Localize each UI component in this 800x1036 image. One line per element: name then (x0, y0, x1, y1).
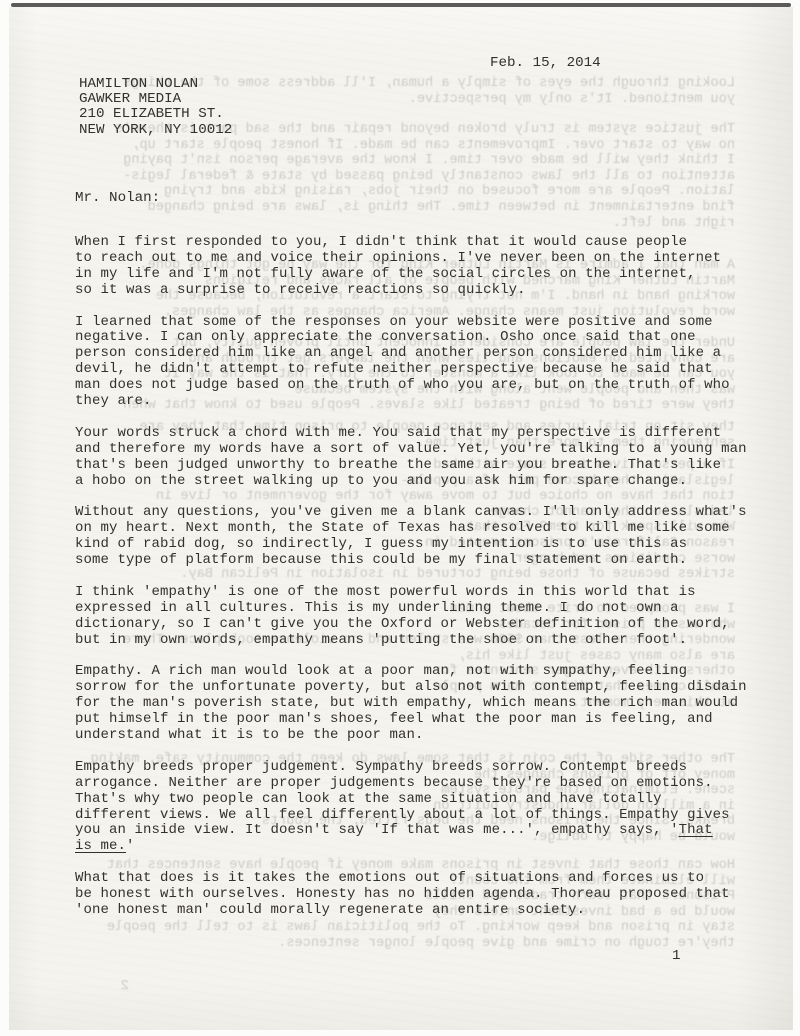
letter-body: When I first responded to you, I didn't … (75, 235, 765, 935)
letter-date: Feb. 15, 2014 (490, 55, 601, 71)
recipient-company: GAWKER MEDIA (79, 92, 232, 107)
recipient-city: NEW YORK, NY 10012 (79, 123, 232, 138)
paragraph-5: I think 'empathy' is one of the most pow… (75, 585, 765, 649)
paragraph-7-text: Empathy breeds proper judgement. Sympath… (75, 759, 730, 839)
paragraph-1: When I first responded to you, I didn't … (75, 235, 765, 299)
paragraph-3: Your words struck a chord with me. You s… (75, 426, 765, 490)
paragraph-7-close-quote: ' (126, 838, 135, 854)
underlined-phrase: That (679, 822, 713, 838)
recipient-address: HAMILTON NOLAN GAWKER MEDIA 210 ELIZABET… (79, 77, 232, 138)
paragraph-6: Empathy. A rich man would look at a poor… (75, 664, 765, 744)
underlined-phrase: is me. (75, 838, 126, 854)
scanned-letter: Looking through the eyes of simply a hum… (0, 0, 800, 1036)
paragraph-8: What that does is it takes the emotions … (75, 871, 765, 919)
paragraph-2: I learned that some of the responses on … (75, 315, 765, 410)
page-number: 1 (672, 948, 681, 964)
recipient-name: HAMILTON NOLAN (79, 77, 232, 92)
paragraph-4: Without any questions, you've given me a… (75, 505, 765, 569)
recipient-street: 210 ELIZABETH ST. (79, 107, 232, 122)
paragraph-7: Empathy breeds proper judgement. Sympath… (75, 760, 765, 855)
bleedthrough-text: The justice system is truly broken beyon… (115, 122, 735, 231)
bleedthrough-page-number: 2 (121, 978, 129, 994)
salutation: Mr. Nolan: (75, 190, 160, 206)
letter-page: Looking through the eyes of simply a hum… (9, 7, 793, 1030)
